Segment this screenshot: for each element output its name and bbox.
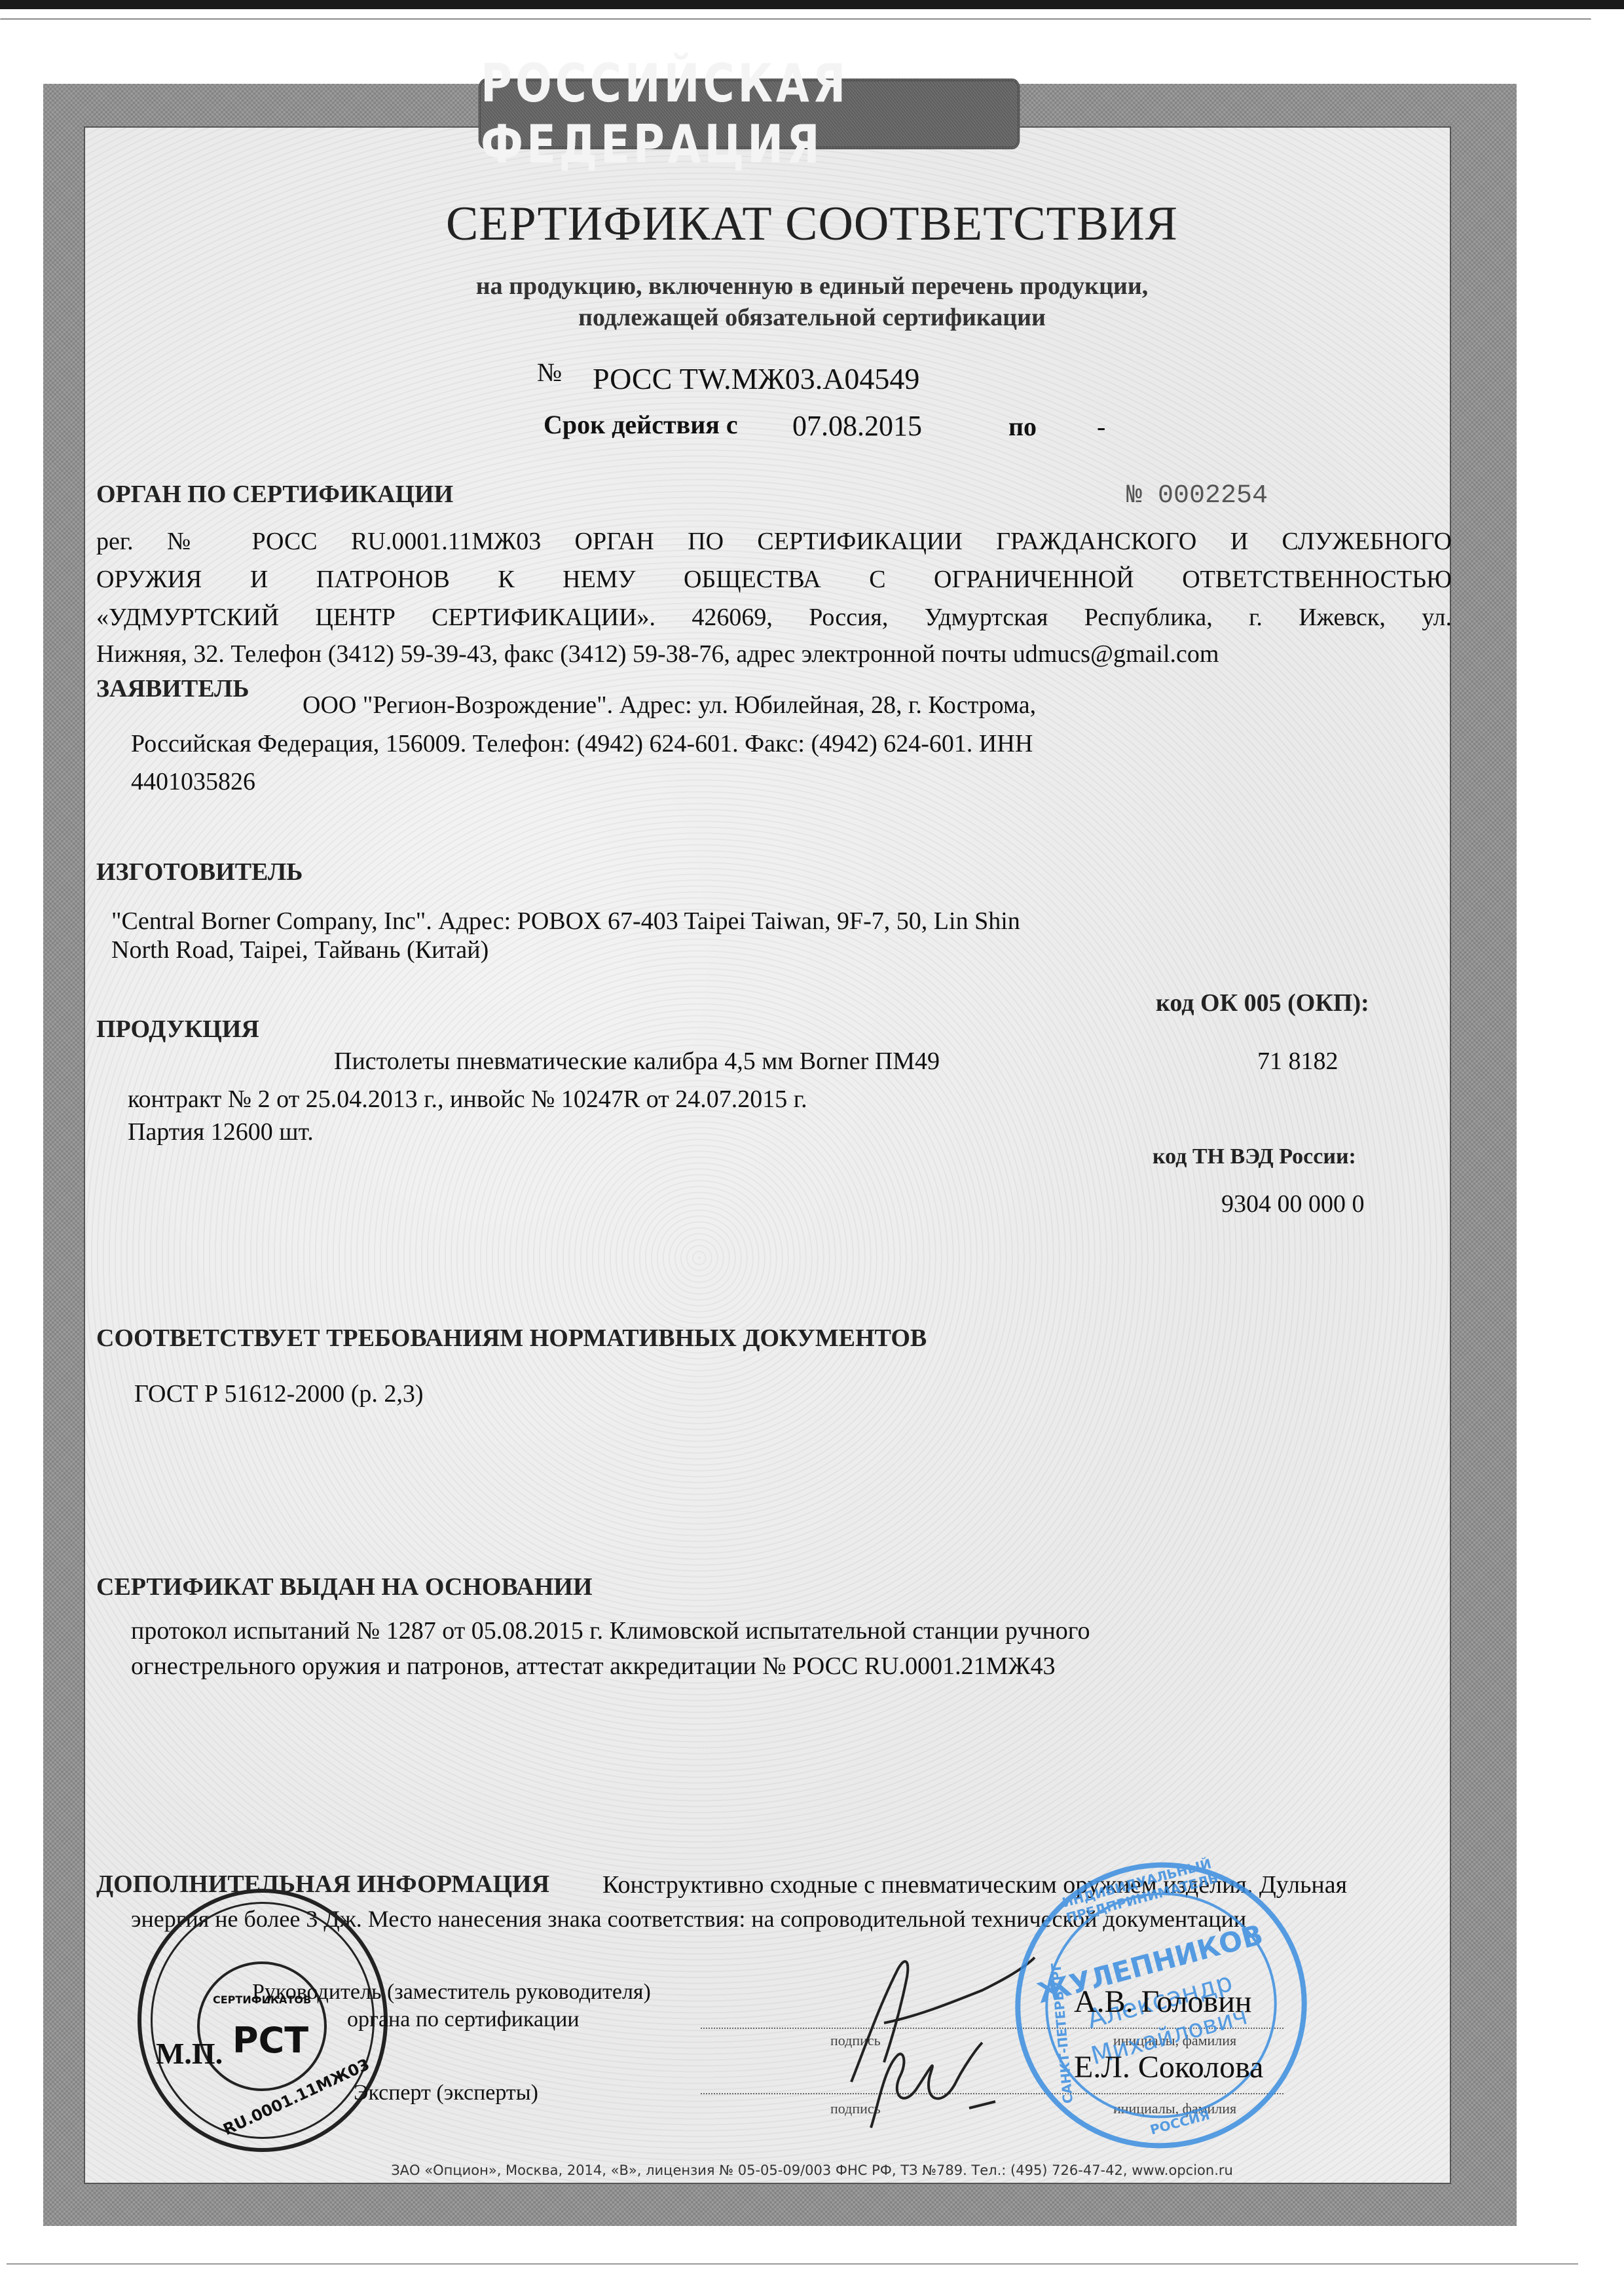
certificate-title: СЕРТИФИКАТ СООТВЕТСТВИЯ xyxy=(0,196,1624,252)
expert-name: Е.Л. Соколова xyxy=(1074,2049,1263,2085)
product-name: Пистолеты пневматические калибра 4,5 мм … xyxy=(334,1042,940,1080)
validity-label: Срок действия с xyxy=(544,409,738,440)
okp-code-label: код ОК 005 (ОКП): xyxy=(1156,989,1369,1017)
applicant-line-3: 4401035826 xyxy=(131,763,255,801)
certification-body-line-3: «УДМУРТСКИЙ ЦЕНТР СЕРТИФИКАЦИИ». 426069,… xyxy=(96,598,1452,636)
expert-signature-icon xyxy=(845,2030,1041,2147)
tnved-code: 9304 00 000 0 xyxy=(1221,1185,1365,1223)
manufacturer-line-2: North Road, Taipei, Тайвань (Китай) xyxy=(111,931,489,969)
applicant-line-2: Российская Федерация, 156009. Телефон: (… xyxy=(131,725,1033,763)
scan-edge-line xyxy=(0,18,1591,20)
basis-line-1: протокол испытаний № 1287 от 05.08.2015 … xyxy=(131,1612,1090,1650)
okp-code: 71 8182 xyxy=(1257,1042,1338,1080)
head-label-2: органа по сертификации xyxy=(347,2001,580,2039)
compliance-standard: ГОСТ Р 51612-2000 (р. 2,3) xyxy=(134,1375,424,1413)
country-banner: РОССИЙСКАЯ ФЕДЕРАЦИЯ xyxy=(479,79,1020,149)
expert-label: Эксперт (эксперты) xyxy=(354,2074,538,2112)
validity-to-label: по xyxy=(1008,411,1037,442)
basis-line-2: огнестрельного оружия и патронов, аттест… xyxy=(131,1647,1055,1685)
scan-edge xyxy=(0,0,1624,9)
certification-body-line-4: Нижняя, 32. Телефон (3412) 59-39-43, фак… xyxy=(96,635,1219,673)
manufacturer-label: ИЗГОТОВИТЕЛЬ xyxy=(96,858,303,886)
number-sign: № xyxy=(537,357,562,388)
head-name: А.В. Головин xyxy=(1074,1984,1252,2020)
blank-number: № 0002254 xyxy=(1126,481,1268,511)
certification-body-label: ОРГАН ПО СЕРТИФИКАЦИИ xyxy=(96,480,453,509)
applicant-line-1: ООО "Регион-Возрождение". Адрес: ул. Юби… xyxy=(303,686,1036,724)
rst-mark-icon: РСТ xyxy=(232,2020,308,2061)
product-batch: Партия 12600 шт. xyxy=(128,1113,314,1151)
subtitle-line-2: подлежащей обязательной сертификации xyxy=(0,303,1624,332)
basis-label: СЕРТИФИКАТ ВЫДАН НА ОСНОВАНИИ xyxy=(96,1573,593,1601)
applicant-label: ЗАЯВИТЕЛЬ xyxy=(96,674,249,703)
scan-edge-bottom xyxy=(7,2263,1578,2265)
printer-imprint: ЗАО «Опцион», Москва, 2014, «В», лицензи… xyxy=(0,2162,1624,2178)
seal-place-label: М.П. xyxy=(156,2036,223,2071)
certification-body-line-1: рег. № РОСС RU.0001.11МЖ03 ОРГАН ПО СЕРТ… xyxy=(96,522,1452,560)
subtitle-line-1: на продукцию, включенную в единый перече… xyxy=(0,272,1624,301)
tnved-code-label: код ТН ВЭД России: xyxy=(1153,1144,1356,1169)
stamp-ring-bottom: РОССИЯ xyxy=(1149,2107,1211,2138)
validity-to: - xyxy=(1097,411,1105,442)
certification-body-line-2: ОРУЖИЯ И ПАТРОНОВ К НЕМУ ОБЩЕСТВА С ОГРА… xyxy=(96,560,1452,598)
product-label: ПРОДУКЦИЯ xyxy=(96,1015,259,1044)
validity-from: 07.08.2015 xyxy=(792,409,922,443)
compliance-label: СООТВЕТСТВУЕТ ТРЕБОВАНИЯМ НОРМАТИВНЫХ ДО… xyxy=(96,1324,927,1353)
additional-info-label: ДОПОЛНИТЕЛЬНАЯ ИНФОРМАЦИЯ xyxy=(96,1870,549,1899)
certificate-number: РОСС TW.МЖ03.А04549 xyxy=(593,361,919,396)
